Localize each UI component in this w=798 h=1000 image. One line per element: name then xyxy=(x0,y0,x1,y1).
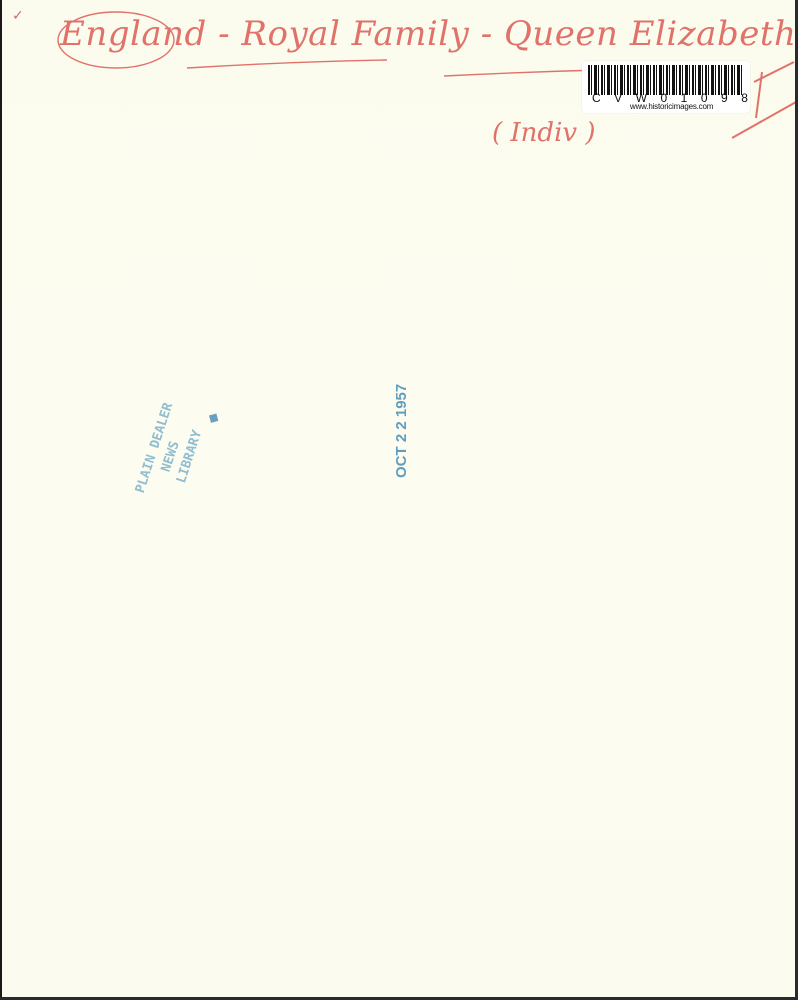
underline-royal xyxy=(187,60,387,68)
underline-queen xyxy=(444,70,600,76)
photo-back-paper: ✓ England - Royal Family - Queen Elizabe… xyxy=(2,0,795,997)
date-stamp: OCT 2 2 1957 xyxy=(393,384,410,478)
pencil-marks xyxy=(2,0,798,1000)
barcode-sticker: CVW01098 www.historicimages.com xyxy=(582,61,750,113)
barcode-website: www.historicimages.com xyxy=(630,102,713,111)
circle-mark-icon xyxy=(58,12,174,68)
